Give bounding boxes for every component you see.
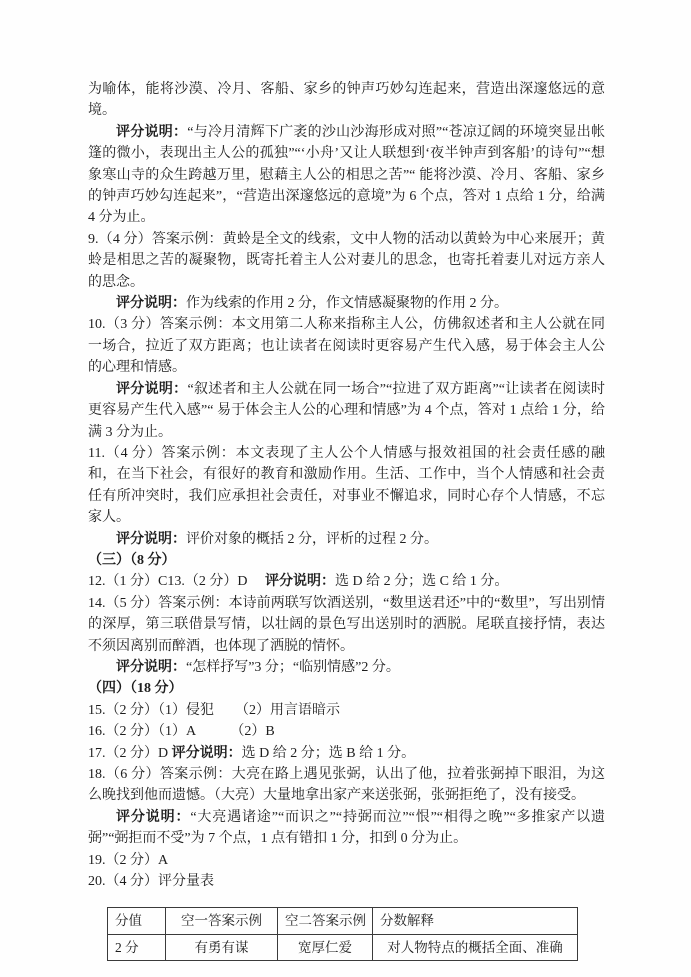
- header-cell-score: 分值: [108, 908, 166, 934]
- scoring-note-label: 评分说明：: [116, 296, 186, 311]
- answer-q10: 10.（3 分）答案示例：本文用第二人称来指称主人公，仿佛叙述者和主人公就在同一…: [88, 314, 605, 378]
- answer-text: 18.（6 分）答案示例：大亮在路上遇见张弼，认出了他，拉着张弼掉下眼泪，为这么…: [88, 767, 605, 803]
- answer-q19: 19.（2 分）A: [88, 850, 605, 871]
- section-heading-three: （三）（8 分）: [88, 550, 605, 571]
- answer-q12-q13: 12.（1 分）C13.（2 分）D 评分说明：选 D 给 2 分；选 C 给 …: [88, 571, 605, 592]
- continuation-text: 为喻体，能将沙漠、冷月、客船、家乡的钟声巧妙勾连起来，营造出深邃悠远的意境。: [88, 82, 605, 118]
- answer-text: 15.（2 分）（1）侵犯 （2）用言语暗示: [88, 703, 340, 718]
- cell-blank2-example: 宽厚仁爱: [278, 934, 373, 960]
- answer-text: 10.（3 分）答案示例：本文用第二人称来指称主人公，仿佛叙述者和主人公就在同一…: [88, 317, 605, 375]
- answer-q16: 16.（2 分）（1）A （2）B: [88, 721, 605, 742]
- scoring-note-label: 评分说明：: [116, 125, 187, 140]
- scoring-note-q18: 评分说明：“大亮遇诸途”“而识之”“持弼而泣”“恨”“相得之晚”“多推家产以遗弼…: [88, 807, 605, 850]
- cell-blank1-example: 有勇有谋: [166, 934, 278, 960]
- answer-text: 19.（2 分）A: [88, 853, 168, 868]
- scoring-note-q8: 评分说明：“与冷月清辉下广袤的沙山沙海形成对照”“苍凉辽阔的环境突显出帐篷的微小…: [88, 122, 605, 229]
- scoring-note-label: 评分说明：: [116, 532, 186, 547]
- answer-q18: 18.（6 分）答案示例：大亮在路上遇见张弼，认出了他，拉着张弼掉下眼泪，为这么…: [88, 764, 605, 807]
- scoring-note-label: 评分说明：: [116, 660, 186, 675]
- answer-q14: 14.（5 分）答案示例：本诗前两联写饮酒送别，“数里送君还”中的“数里”，写出…: [88, 593, 605, 657]
- scoring-note-label: 评分说明：: [265, 574, 335, 589]
- answer-q15: 15.（2 分）（1）侵犯 （2）用言语暗示: [88, 700, 605, 721]
- scoring-note-text: 选 D 给 2 分；选 B 给 1 分。: [242, 746, 415, 761]
- scoring-note-label: 评分说明：: [172, 746, 242, 761]
- scoring-note-text: 作为线索的作用 2 分，作文情感凝聚物的作用 2 分。: [186, 296, 508, 311]
- answer-text: 17.（2 分）D: [88, 746, 172, 761]
- answer-text: 20.（4 分）评分量表: [88, 874, 214, 889]
- header-cell-blank2-example: 空二答案示例: [278, 908, 373, 934]
- cell-explanation: 对人物特点的概括全面、准确: [373, 934, 578, 960]
- answer-text: 14.（5 分）答案示例：本诗前两联写饮酒送别，“数里送君还”中的“数里”，写出…: [88, 596, 605, 654]
- scoring-rubric-table: 分值 空一答案示例 空二答案示例 分数解释 2 分 有勇有谋 宽厚仁爱 对人物特…: [107, 907, 578, 961]
- scoring-note-text: 评价对象的概括 2 分，评析的过程 2 分。: [186, 532, 438, 547]
- scoring-note-label: 评分说明：: [116, 810, 190, 825]
- scoring-note-text: 选 D 给 2 分；选 C 给 1 分。: [335, 574, 508, 589]
- answer-text: 11.（4 分）答案示例：本文表现了主人公个人情感与报效祖国的社会责任感的融和，…: [88, 446, 605, 525]
- answer-text: 12.（1 分）C13.（2 分）D: [88, 574, 265, 589]
- continuation-line: 为喻体，能将沙漠、冷月、客船、家乡的钟声巧妙勾连起来，营造出深邃悠远的意境。: [88, 79, 605, 122]
- answer-q20: 20.（4 分）评分量表: [88, 871, 605, 892]
- scoring-note-q10: 评分说明：“叙述者和主人公就在同一场合”“拉进了双方距离”“让读者在阅读时更容易…: [88, 379, 605, 443]
- answer-q11: 11.（4 分）答案示例：本文表现了主人公个人情感与报效祖国的社会责任感的融和，…: [88, 443, 605, 529]
- table-data-row: 2 分 有勇有谋 宽厚仁爱 对人物特点的概括全面、准确: [108, 934, 578, 960]
- answer-text: 9.（4 分）答案示例：黄蛉是全文的线索，文中人物的活动以黄蛉为中心来展开；黄蛉…: [88, 232, 605, 290]
- answer-q9: 9.（4 分）答案示例：黄蛉是全文的线索，文中人物的活动以黄蛉为中心来展开；黄蛉…: [88, 229, 605, 293]
- table-header-row: 分值 空一答案示例 空二答案示例 分数解释: [108, 908, 578, 934]
- scoring-note-q9: 评分说明：作为线索的作用 2 分，作文情感凝聚物的作用 2 分。: [88, 293, 605, 314]
- section-heading-four: （四）（18 分）: [88, 678, 605, 699]
- scoring-note-text: “怎样抒写”3 分；“临别情感”2 分。: [186, 660, 400, 675]
- document-content: 为喻体，能将沙漠、冷月、客船、家乡的钟声巧妙勾连起来，营造出深邃悠远的意境。 评…: [88, 79, 605, 961]
- answer-text: 16.（2 分）（1）A （2）B: [88, 724, 275, 739]
- scoring-note-label: 评分说明：: [116, 382, 187, 397]
- scoring-note-q11: 评分说明：评价对象的概括 2 分，评析的过程 2 分。: [88, 529, 605, 550]
- cell-score: 2 分: [108, 934, 166, 960]
- scoring-note-q14: 评分说明：“怎样抒写”3 分；“临别情感”2 分。: [88, 657, 605, 678]
- answer-key-page: 为喻体，能将沙漠、冷月、客船、家乡的钟声巧妙勾连起来，营造出深邃悠远的意境。 评…: [0, 0, 691, 977]
- header-cell-explanation: 分数解释: [373, 908, 578, 934]
- answer-q17: 17.（2 分）D 评分说明：选 D 给 2 分；选 B 给 1 分。: [88, 743, 605, 764]
- header-cell-blank1-example: 空一答案示例: [166, 908, 278, 934]
